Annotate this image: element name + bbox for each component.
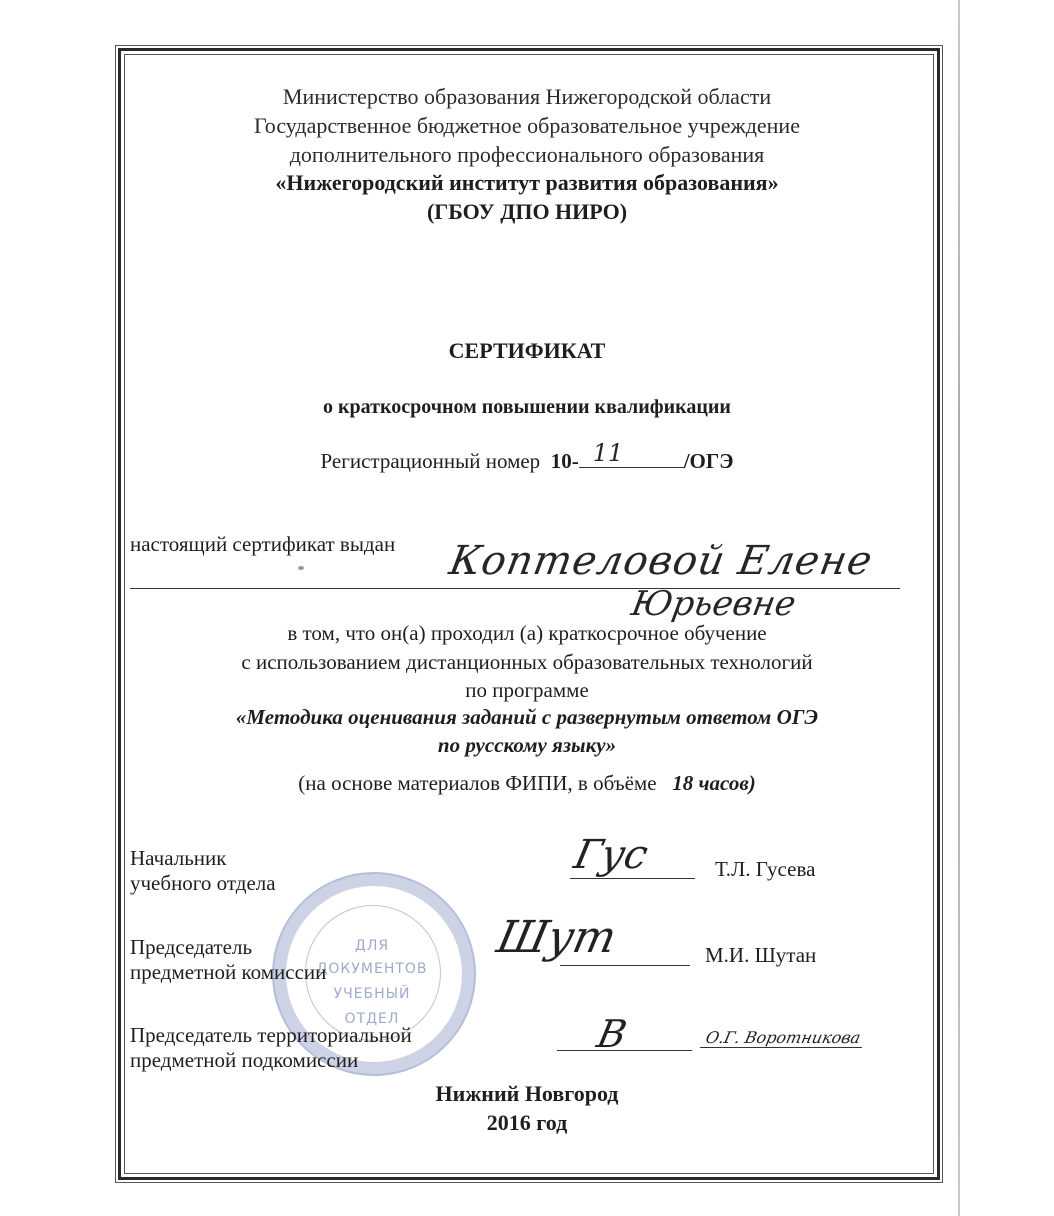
certificate-subtitle: о краткосрочном повышении квалификации <box>0 396 1054 419</box>
issue-year: 2016 год <box>0 1110 1054 1136</box>
signatory-3-name: О.Г. Воротникова <box>700 1028 867 1048</box>
distance-learning-statement: с использованием дистанционных образоват… <box>0 650 1054 674</box>
education-type-line: дополнительного профессионального образо… <box>0 142 1054 168</box>
signature-1: Гус <box>570 832 652 878</box>
registration-handwritten: 11 <box>593 439 624 467</box>
signatory-2-title: Председатель предметной комиссии <box>130 935 326 985</box>
recipient-name-line1: Коптеловой Елене <box>446 538 876 584</box>
volume-hours: 18 часов) <box>672 771 755 795</box>
signatory-1-title: Начальник учебного отдела <box>130 846 276 896</box>
ink-speck <box>298 566 304 570</box>
program-volume: (на основе материалов ФИПИ, в объёме 18 … <box>0 771 1054 795</box>
registration-number-field: 11 <box>579 449 684 468</box>
signatory-2-name: М.И. Шутан <box>705 943 816 968</box>
certificate-title: СЕРТИФИКАТ <box>0 338 1054 364</box>
program-name-line1: «Методика оценивания заданий с развернут… <box>0 705 1054 730</box>
registration-prefix: 10- <box>551 449 579 473</box>
signatory-3-title-line1: Председатель территориальной <box>130 1023 412 1048</box>
signature-2: Шут <box>493 912 621 963</box>
signatory-2-title-line2: предметной комиссии <box>130 960 326 985</box>
stamp-text-line3: УЧЕБНЫЙ <box>272 986 472 1002</box>
registration-number-row: Регистрационный номер 10-11/ОГЭ <box>0 449 1054 474</box>
training-statement: в том, что он(а) проходил (а) краткосроч… <box>0 621 1054 645</box>
registration-suffix: /ОГЭ <box>684 449 734 473</box>
signatory-1-title-line2: учебного отдела <box>130 871 276 896</box>
issue-city: Нижний Новгород <box>0 1081 1054 1107</box>
recipient-name-line2: Юрьевне <box>628 584 798 624</box>
institute-name: «Нижегородский институт развития образов… <box>0 170 1054 196</box>
program-name-line2: по русскому языку» <box>0 733 1054 758</box>
institution-type-line: Государственное бюджетное образовательно… <box>0 113 1054 139</box>
signatory-1-title-line1: Начальник <box>130 846 276 871</box>
signatory-2-title-line1: Председатель <box>130 935 326 960</box>
signature-1-line <box>570 878 695 879</box>
program-label: по программе <box>0 678 1054 702</box>
signature-3-line <box>557 1050 692 1051</box>
signatory-3-title: Председатель территориальной предметной … <box>130 1023 412 1073</box>
signatory-3-title-line2: предметной подкомиссии <box>130 1048 412 1073</box>
volume-prefix: (на основе материалов ФИПИ, в объёме <box>298 771 656 795</box>
issued-to-label: настоящий сертификат выдан <box>130 532 395 557</box>
institute-abbreviation: (ГБОУ ДПО НИРО) <box>0 199 1054 225</box>
ministry-line: Министерство образования Нижегородской о… <box>0 84 1054 110</box>
signatory-1-name: Т.Л. Гусева <box>715 857 815 882</box>
signature-2-line <box>560 965 690 966</box>
registration-label: Регистрационный номер <box>321 449 541 473</box>
